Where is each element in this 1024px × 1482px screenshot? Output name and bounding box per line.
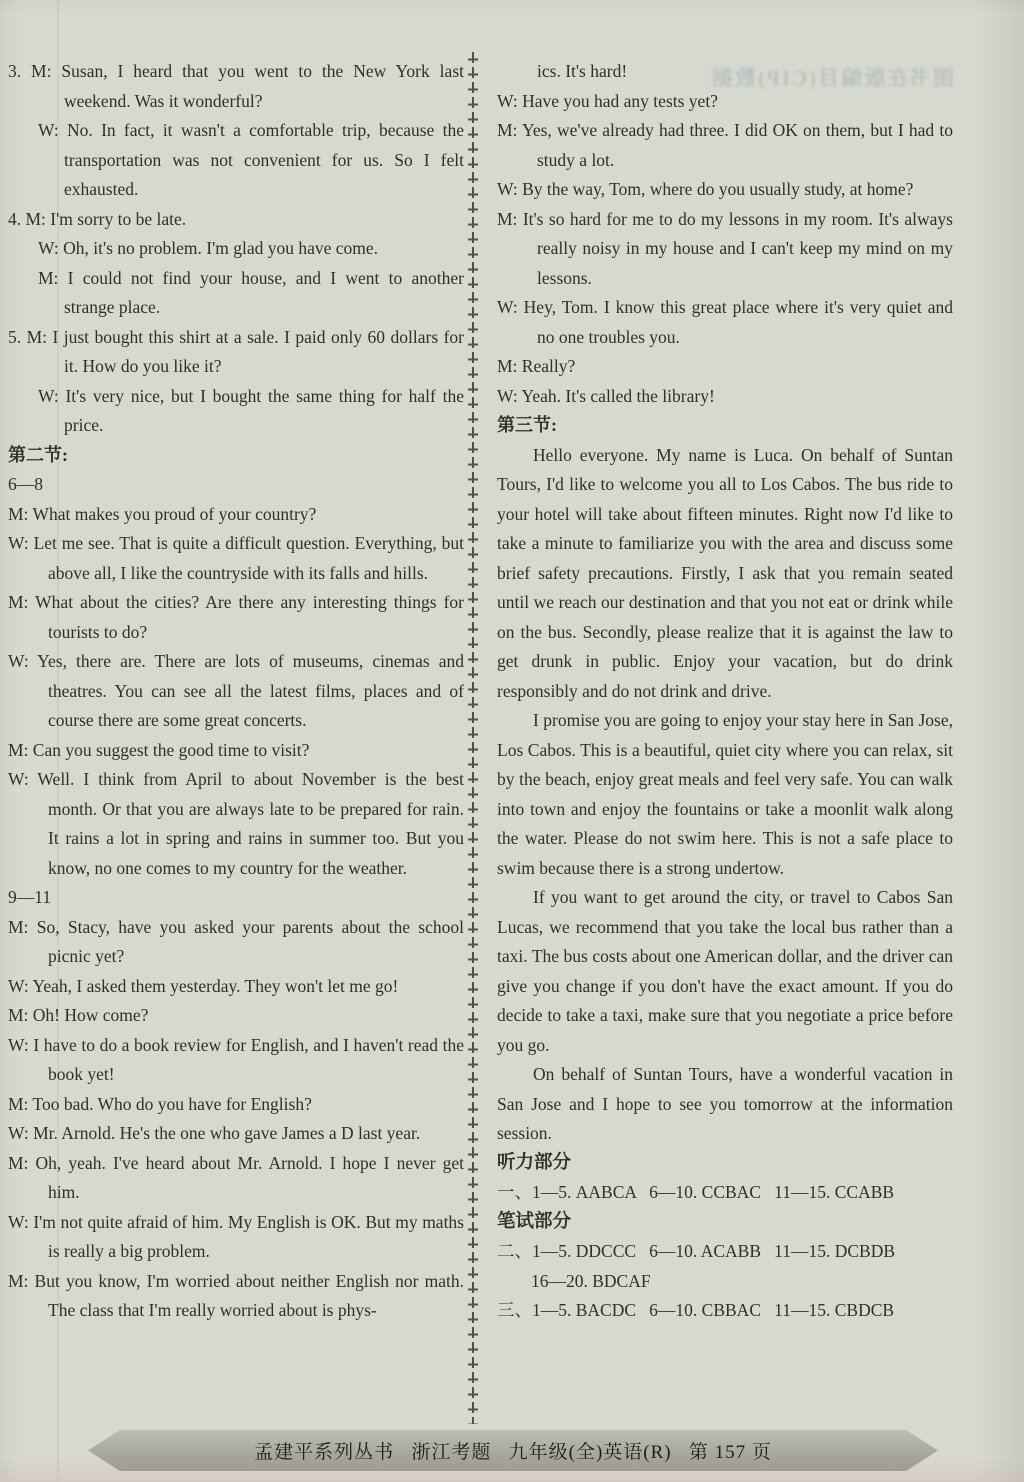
footer-band: 孟建平系列丛书 浙江考题 九年级(全)英语(R) 第 157 页 <box>88 1430 938 1471</box>
answer-line: 一、1—5. AABCA 6—10. CCBAC 11—15. CCABB <box>497 1178 953 1208</box>
dialogue-line: M: What about the cities? Are there any … <box>8 588 464 647</box>
dialogue-line: W: By the way, Tom, where do you usually… <box>497 175 953 205</box>
section-heading: 第二节: <box>8 441 464 471</box>
dialogue-line: M: I could not find your house, and I we… <box>8 264 464 323</box>
dialogue-line: W: Have you had any tests yet? <box>497 87 953 117</box>
dialogue-line: W: Let me see. That is quite a difficult… <box>8 529 464 588</box>
dialogue-line: M: It's so hard for me to do my lessons … <box>497 205 953 294</box>
paragraph: On behalf of Suntan Tours, have a wonder… <box>497 1060 953 1149</box>
dialogue-line: W: Mr. Arnold. He's the one who gave Jam… <box>8 1119 464 1149</box>
section-heading: 笔试部分 <box>497 1208 953 1238</box>
footer-text: 孟建平系列丛书 浙江考题 九年级(全)英语(R) 第 157 页 <box>254 1437 772 1464</box>
dialogue-line: W: It's very nice, but I bought the same… <box>8 382 464 441</box>
right-column: ics. It's hard!W: Have you had any tests… <box>497 57 953 1326</box>
left-column: 3. M: Susan, I heard that you went to th… <box>8 57 464 1326</box>
dialogue-line: M: Oh, yeah. I've heard about Mr. Arnold… <box>8 1149 464 1208</box>
dialogue-line: M: Too bad. Who do you have for English? <box>8 1090 464 1120</box>
dialogue-line: M: Oh! How come? <box>8 1001 464 1031</box>
dialogue-line: W: Hey, Tom. I know this great place whe… <box>497 293 953 352</box>
paragraph: Hello everyone. My name is Luca. On beha… <box>497 441 953 707</box>
dialogue-line: W: I'm not quite afraid of him. My Engli… <box>8 1208 464 1267</box>
dialogue-line: M: So, Stacy, have you asked your parent… <box>8 913 464 972</box>
dialogue-line: W: Yes, there are. There are lots of mus… <box>8 647 464 736</box>
dialogue-line: W: Well. I think from April to about Nov… <box>8 765 464 883</box>
dialogue-line: M: What makes you proud of your country? <box>8 500 464 530</box>
dialogue-line: W: I have to do a book review for Englis… <box>8 1031 464 1090</box>
dialogue-line: M: But you know, I'm worried about neith… <box>8 1267 464 1326</box>
dialogue-line: M: Can you suggest the good time to visi… <box>8 736 464 766</box>
answer-line: 16—20. BDCAF <box>497 1267 953 1297</box>
dialogue-line: M: Really? <box>497 352 953 382</box>
dialogue-line: M: Yes, we've already had three. I did O… <box>497 116 953 175</box>
dialogue-line: W: Yeah, I asked them yesterday. They wo… <box>8 972 464 1002</box>
dialogue-line: ics. It's hard! <box>497 57 953 87</box>
section-heading: 听力部分 <box>497 1149 953 1179</box>
dialogue-line: W: Yeah. It's called the library! <box>497 382 953 412</box>
paragraph: If you want to get around the city, or t… <box>497 883 953 1060</box>
dialogue-line: W: Oh, it's no problem. I'm glad you hav… <box>8 234 464 264</box>
item-range-label: 9—11 <box>8 883 464 913</box>
page: 图书在版编目(CIP)数据 3. M: Susan, I heard that … <box>0 0 1024 1482</box>
dialogue-line: 4. M: I'm sorry to be late. <box>8 205 464 235</box>
paragraph: I promise you are going to enjoy your st… <box>497 706 953 883</box>
dialogue-line: 5. M: I just bought this shirt at a sale… <box>8 323 464 382</box>
answer-line: 二、1—5. DDCCC 6—10. ACABB 11—15. DCBDB <box>497 1237 953 1267</box>
section-heading: 第三节: <box>497 411 953 441</box>
column-divider <box>468 52 478 1424</box>
item-range-label: 6—8 <box>8 470 464 500</box>
answer-line: 三、1—5. BACDC 6—10. CBBAC 11—15. CBDCB <box>497 1296 953 1326</box>
dialogue-line: 3. M: Susan, I heard that you went to th… <box>8 57 464 116</box>
dialogue-line: W: No. In fact, it wasn't a comfortable … <box>8 116 464 205</box>
